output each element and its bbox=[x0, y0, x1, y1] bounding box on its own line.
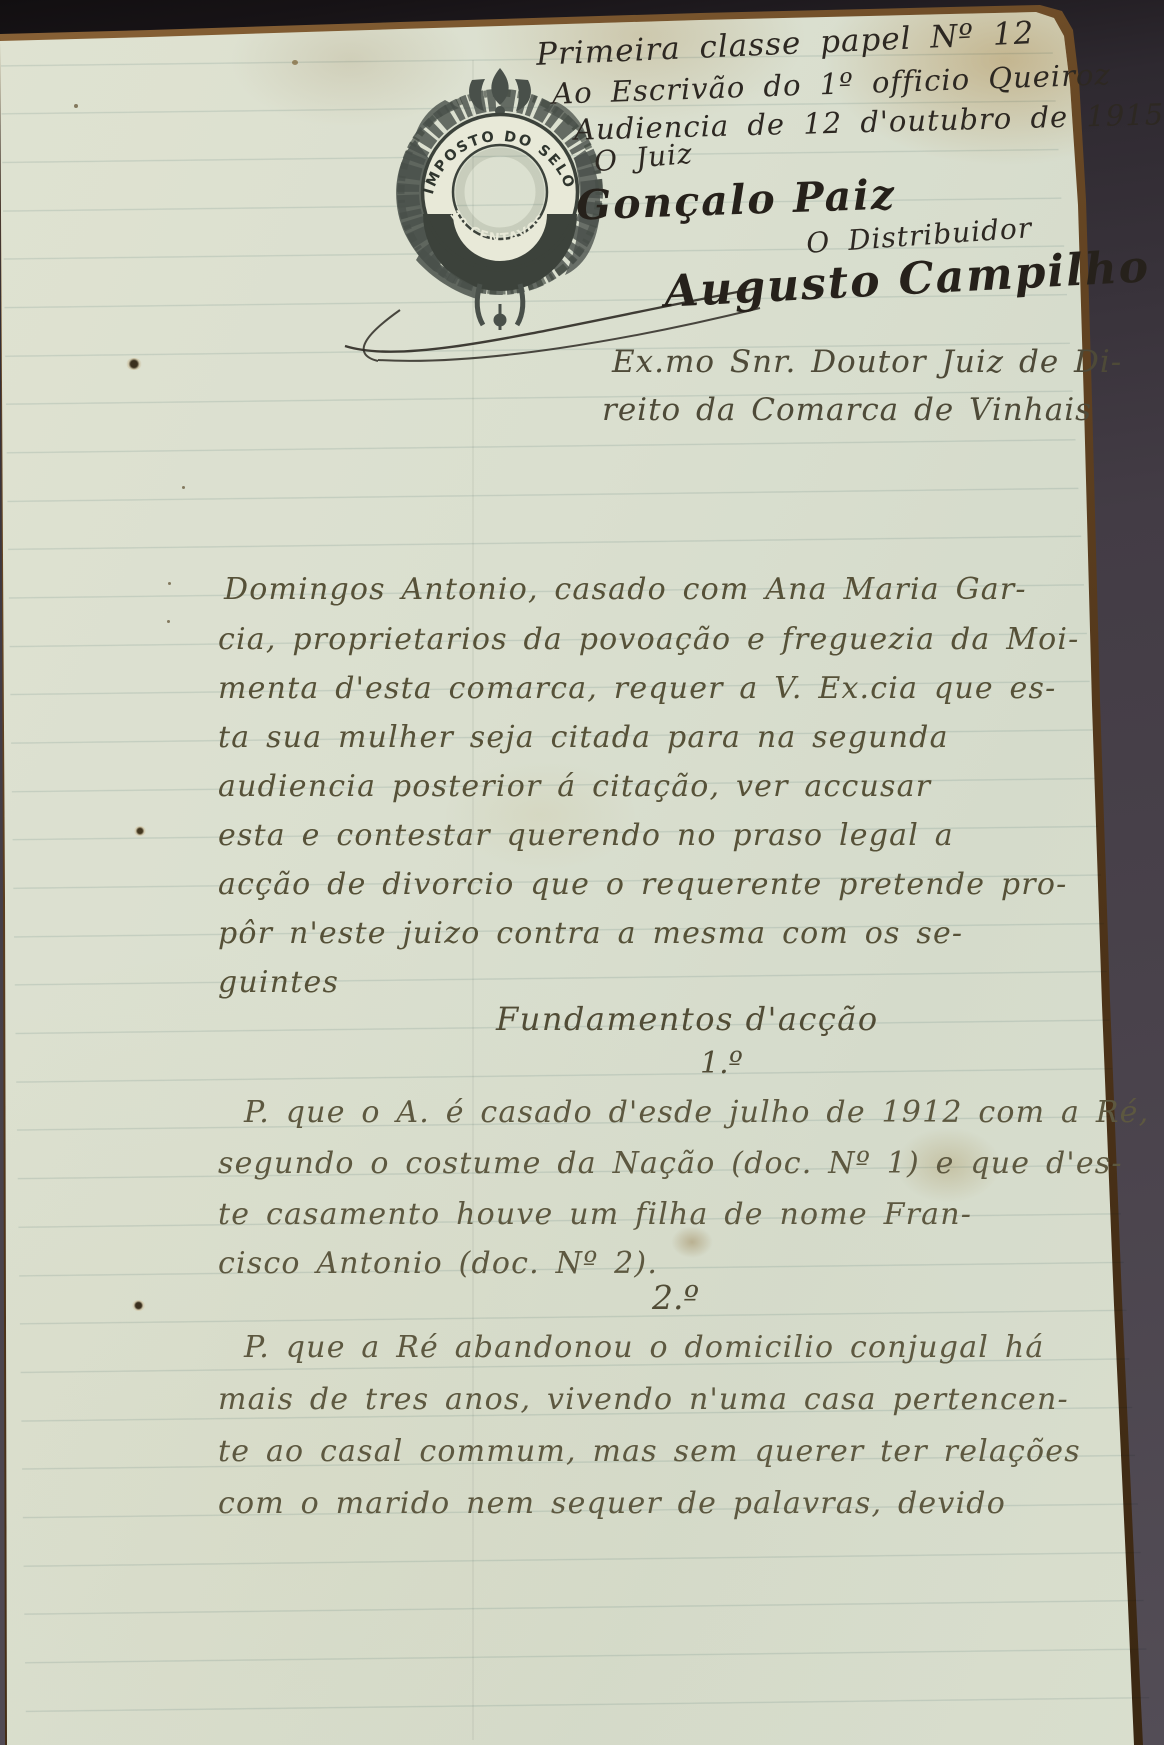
ink-speck bbox=[292, 60, 298, 65]
item-2-number: 2.º bbox=[652, 1278, 699, 1317]
ink-speck bbox=[74, 104, 78, 108]
petition-line: menta d'esta comarca, requer a V. Ex.cia… bbox=[218, 671, 1056, 706]
item-1-line: te casamento houve um filha de nome Fran… bbox=[218, 1197, 972, 1232]
ink-speck bbox=[182, 486, 185, 489]
petition-line: esta e contestar querendo no praso legal… bbox=[218, 818, 954, 853]
item-2-line: P. que a Ré abandonou o domicilio conjug… bbox=[244, 1330, 1044, 1365]
item-1-line: cisco Antonio (doc. Nº 2). bbox=[218, 1246, 658, 1281]
document-photo: IMPOSTO DO SELO 10 CENTAVOS Primeira cla… bbox=[0, 0, 1164, 1745]
paper-hole bbox=[132, 1300, 145, 1311]
item-1-line: P. que o A. é casado d'esde julho de 191… bbox=[244, 1095, 1149, 1130]
petition-line: audiencia posterior á citação, ver accus… bbox=[218, 769, 931, 804]
addressee-line-2: reito da Comarca de Vinhais bbox=[602, 392, 1092, 428]
paper-hole bbox=[134, 826, 146, 836]
item-1-line: segundo o costume da Nação (doc. Nº 1) e… bbox=[218, 1146, 1123, 1181]
item-2-line: mais de tres anos, vivendo n'uma casa pe… bbox=[218, 1382, 1069, 1417]
ink-speck bbox=[167, 620, 170, 623]
petition-line: guintes bbox=[218, 965, 339, 1000]
petition-line: acção de divorcio que o requerente prete… bbox=[218, 867, 1067, 902]
petition-line: cia, proprietarios da povoação e freguez… bbox=[218, 622, 1080, 657]
item-2-line: te ao casal commum, mas sem querer ter r… bbox=[218, 1434, 1081, 1469]
paper-hole bbox=[126, 358, 142, 370]
ink-speck bbox=[168, 582, 171, 585]
petition-line: Domingos Antonio, casado com Ana Maria G… bbox=[224, 572, 1027, 607]
item-2-line: com o marido nem sequer de palavras, dev… bbox=[218, 1486, 1006, 1521]
petition-line: ta sua mulher seja citada para na segund… bbox=[218, 720, 949, 755]
addressee-line-1: Ex.mo Snr. Doutor Juiz de Di- bbox=[612, 344, 1122, 380]
item-1-number: 1.º bbox=[700, 1046, 743, 1081]
section-heading: Fundamentos d'acção bbox=[496, 1000, 879, 1038]
petition-line: pôr n'este juizo contra a mesma com os s… bbox=[218, 916, 963, 951]
